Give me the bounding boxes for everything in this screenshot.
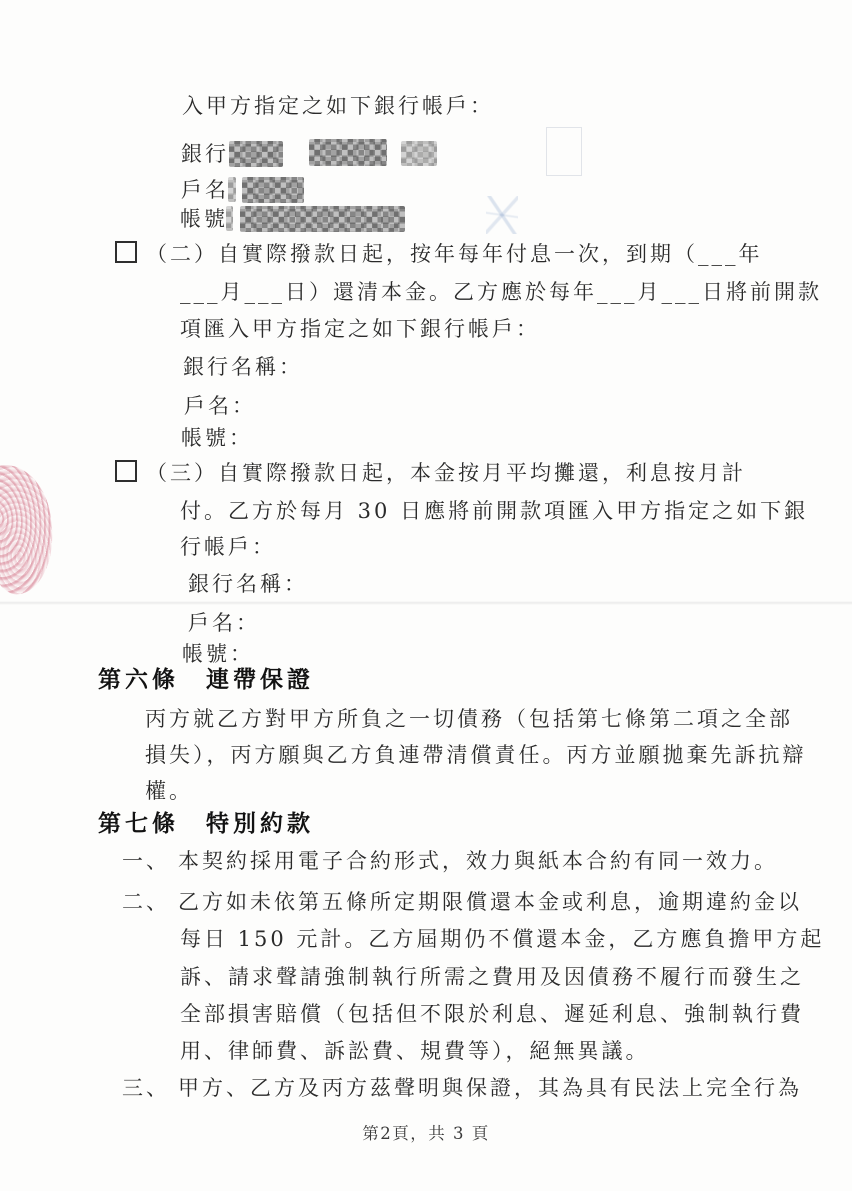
option3-text-1: （三）自實際撥款日起，本金按月平均攤還，利息按月計 — [146, 461, 746, 485]
option2-number-field: 帳號： — [181, 424, 253, 452]
redacted-number-value — [240, 206, 405, 232]
option2-bank-name-field: 銀行名稱： — [183, 353, 303, 381]
option3-line-1: （三）自實際撥款日起，本金按月平均攤還，利息按月計 — [115, 459, 746, 487]
page-number-footer: 第2頁，共 3 頁 — [0, 1120, 852, 1144]
option3-holder-field: 戶名： — [188, 609, 260, 637]
redacted-bank-value-2 — [309, 139, 387, 166]
option2-text-1: （二）自實際撥款日起，按年每年付息一次，到期（___年 — [146, 242, 763, 266]
article6-line-1: 丙方就乙方對甲方所負之一切債務（包括第七條第二項之全部 — [145, 705, 793, 733]
option3-line-2: 付。乙方於每月 30 日應將前開款項匯入甲方指定之如下銀 — [180, 497, 808, 525]
option2-line-2: ___月___日）還清本金。乙方應於每年___月___日將前開款 — [180, 278, 822, 306]
option2-line-3: 項匯入甲方指定之如下銀行帳戶： — [180, 315, 540, 343]
option3-bank-name-field: 銀行名稱： — [188, 570, 308, 598]
redacted-bank-value-3 — [401, 141, 437, 166]
article7-item-2-line-3: 訴、請求聲請強制執行所需之費用及因債務不履行而發生之 — [180, 963, 804, 991]
redacted-holder-edge — [228, 177, 236, 202]
checkbox-icon — [115, 460, 137, 482]
article7-item-2-line-1: 二、乙方如未依第五條所定期限償還本金或利息，逾期違約金以 — [122, 888, 802, 916]
fingerprint-stamp-icon — [0, 461, 59, 597]
item3-text: 甲方、乙方及丙方茲聲明與保證，其為具有民法上完全行為 — [178, 1076, 802, 1100]
article7-item-1: 一、本契約採用電子合約形式，效力與紙本合約有同一效力。 — [122, 847, 778, 875]
bleed-through-mark — [546, 127, 582, 176]
article7-item-2-line-4: 全部損害賠償（包括但不限於利息、遲延利息、強制執行費 — [180, 1000, 804, 1028]
article7-item-3: 三、甲方、乙方及丙方茲聲明與保證，其為具有民法上完全行為 — [122, 1074, 802, 1102]
checkbox-icon — [115, 241, 137, 263]
item2-number: 二、 — [122, 888, 178, 916]
intro-line: 入甲方指定之如下銀行帳戶： — [182, 92, 494, 120]
article7-item-2-line-5: 用、律師費、訴訟費、規費等），絕無異議。 — [180, 1037, 650, 1065]
option3-line-3: 行帳戶： — [180, 533, 276, 561]
bleed-through-glyph — [486, 196, 518, 234]
item1-number: 一、 — [122, 847, 178, 875]
bank-label: 銀行 — [181, 140, 229, 168]
item2-text-1: 乙方如未依第五條所定期限償還本金或利息，逾期違約金以 — [178, 890, 802, 914]
item1-text: 本契約採用電子合約形式，效力與紙本合約有同一效力。 — [178, 849, 778, 873]
option2-line-1: （二）自實際撥款日起，按年每年付息一次，到期（___年 — [115, 240, 763, 268]
number-label: 帳號 — [180, 205, 228, 233]
redacted-holder-value — [242, 177, 304, 203]
scanned-contract-page: 入甲方指定之如下銀行帳戶： 銀行 戶名 帳號 （二）自實際撥款日起，按年每年付息… — [0, 0, 852, 1191]
article6-line-3: 權。 — [145, 777, 193, 805]
item3-number: 三、 — [122, 1074, 178, 1102]
option3-number-field: 帳號： — [182, 640, 254, 668]
article6-line-2: 損失），丙方願與乙方負連帶清償責任。丙方並願拋棄先訴抗辯 — [145, 741, 807, 769]
article7-heading: 第七條 特別約款 — [98, 810, 314, 838]
article6-heading: 第六條 連帶保證 — [98, 666, 314, 694]
redacted-number-edge — [226, 206, 233, 231]
holder-label: 戶名 — [181, 176, 229, 204]
redacted-bank-value-1 — [229, 141, 283, 167]
option2-holder-field: 戶名： — [184, 392, 256, 420]
scan-crease-line — [0, 601, 852, 605]
article7-item-2-line-2: 每日 150 元計。乙方屆期仍不償還本金，乙方應負擔甲方起 — [180, 925, 824, 953]
